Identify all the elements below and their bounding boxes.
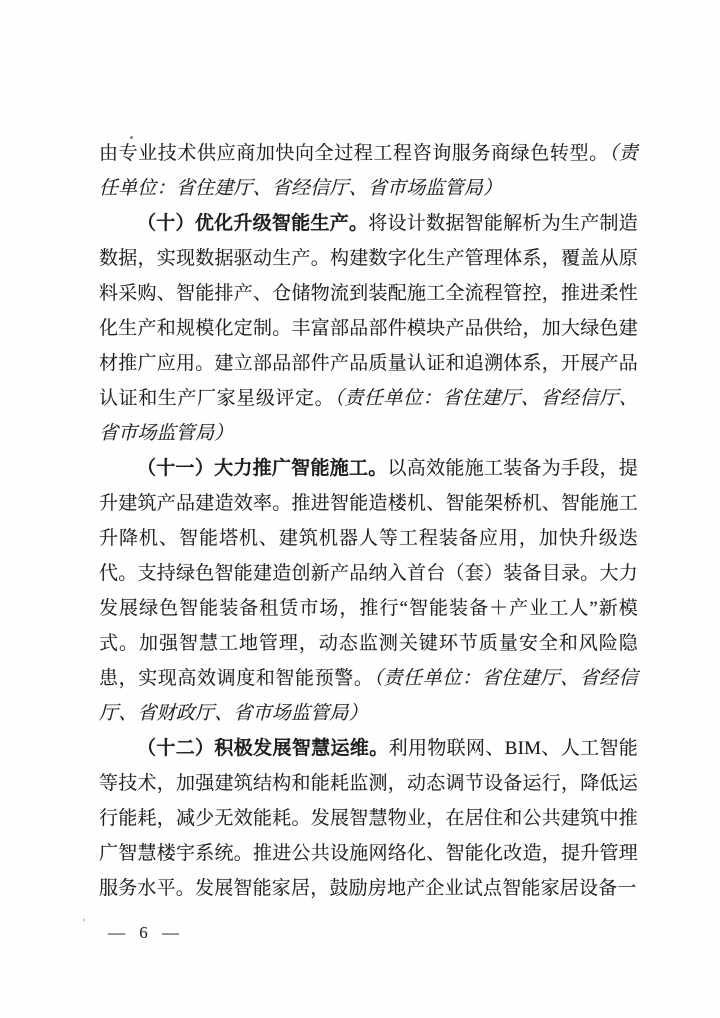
paragraph: （十一）大力推广智能施工。以高效能施工装备为手段，提升建筑产品建造效率。推进智能… [99, 451, 638, 731]
document-page: 由专业技术供应商加快向全过程工程咨询服务商绿色转型。（责任单位：省住建厅、省经信… [0, 0, 720, 1018]
text-run-bold: （十）优化升级智能生产。 [137, 213, 368, 234]
text-run-normal: 利用物联网、BIM、人工智能等技术，加强建筑结构和能耗监测，动态调节设备运行，降… [99, 738, 638, 899]
scan-speck [83, 919, 85, 921]
text-run-bold: （十一）大力推广智能施工。 [137, 458, 388, 479]
body-text: 由专业技术供应商加快向全过程工程咨询服务商绿色转型。（责任单位：省住建厅、省经信… [99, 136, 638, 906]
text-run-bold: （十二）积极发展智慧运维。 [137, 738, 389, 759]
paragraph: （十）优化升级智能生产。将设计数据智能解析为生产制造数据，实现数据驱动生产。构建… [99, 206, 638, 451]
paragraph: （十二）积极发展智慧运维。利用物联网、BIM、人工智能等技术，加强建筑结构和能耗… [99, 731, 638, 906]
text-run-normal: 将设计数据智能解析为生产制造数据，实现数据驱动生产。构建数字化生产管理体系，覆盖… [99, 213, 638, 409]
paragraph: 由专业技术供应商加快向全过程工程咨询服务商绿色转型。（责任单位：省住建厅、省经信… [99, 136, 638, 206]
text-run-normal: 由专业技术供应商加快向全过程工程咨询服务商绿色转型。 [99, 143, 609, 164]
text-run-normal: 以高效能施工装备为手段，提升建筑产品建造效率。推进智能造楼机、智能架桥机、智能施… [99, 458, 638, 689]
page-number: — 6 — [108, 921, 179, 945]
